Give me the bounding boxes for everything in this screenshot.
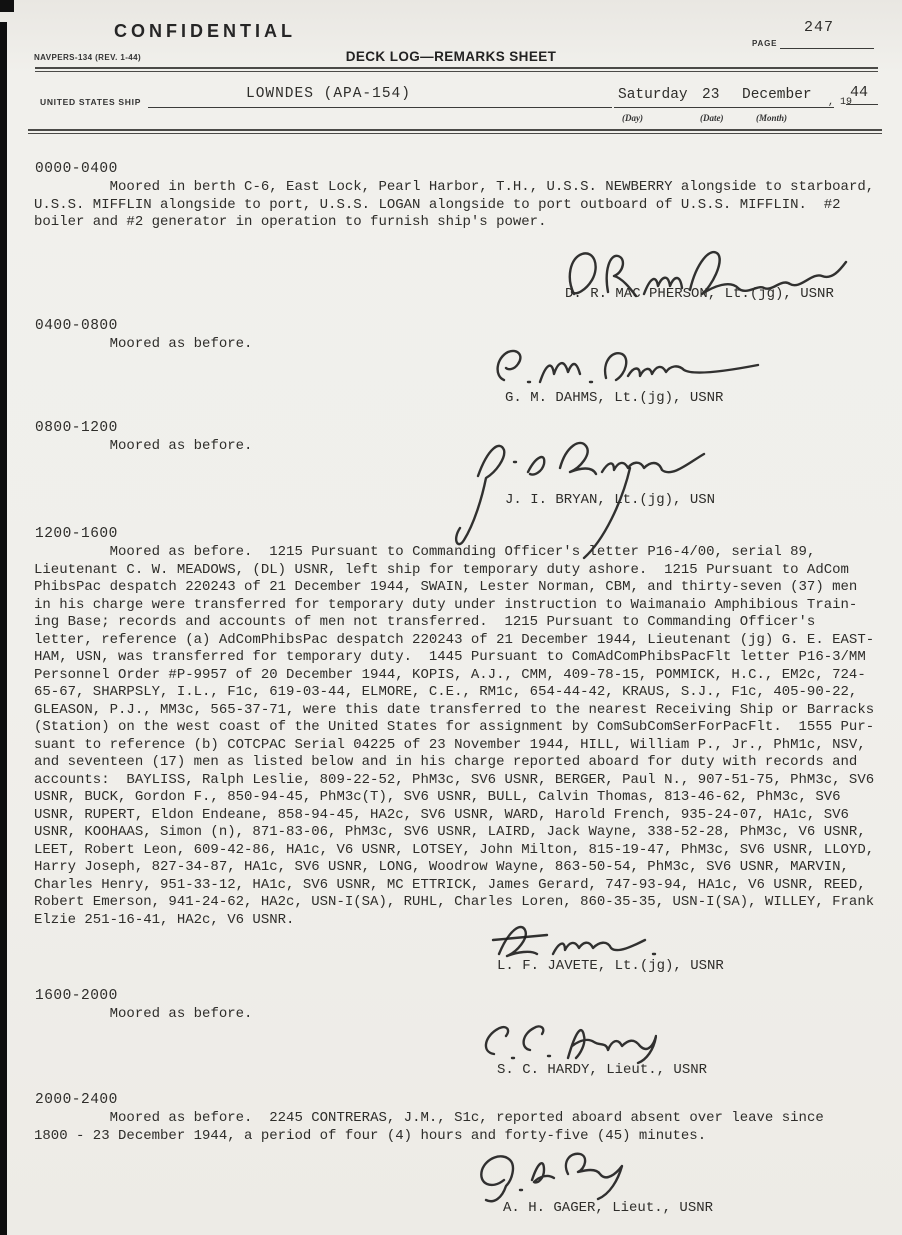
day-caption: (Day) <box>622 113 643 123</box>
signature-name-dahms: G. M. DAHMS, Lt.(jg), USNR <box>505 390 723 406</box>
watch-remarks: Moored as before. <box>34 438 896 456</box>
year-underline <box>846 104 878 105</box>
page-label: PAGE <box>752 39 777 48</box>
watch-remarks: Moored as before. 1215 Pursuant to Comma… <box>34 544 896 929</box>
deck-log-remarks-sheet: CONFIDENTIAL 247 PAGE NAVPERS-134 (REV. … <box>0 0 902 1235</box>
date-month-value: December <box>742 87 812 105</box>
watch-period-0000-0400: 0000-0400 <box>35 161 118 179</box>
watch-remarks: Moored in berth C-6, East Lock, Pearl Ha… <box>34 179 896 232</box>
scan-left-edge-artifact <box>0 22 7 1235</box>
ship-name-value: LOWNDES (APA-154) <box>246 86 411 104</box>
header-divider-rule <box>35 67 878 72</box>
watch-period-1200-1600: 1200-1600 <box>35 526 118 544</box>
signature-name-hardy: S. C. HARDY, Lieut., USNR <box>497 1062 707 1078</box>
watch-period-0400-0800: 0400-0800 <box>35 318 118 336</box>
watch-remarks: Moored as before. 2245 CONTRERAS, J.M., … <box>34 1110 896 1145</box>
signature-script-gager <box>468 1146 633 1208</box>
ship-name-label: UNITED STATES SHIP <box>40 97 141 107</box>
watch-remarks: Moored as before. <box>34 336 896 354</box>
signature-name-javete: L. F. JAVETE, Lt.(jg), USNR <box>497 958 724 974</box>
date-underline <box>614 107 834 108</box>
page-number: 247 <box>804 19 834 37</box>
signature-script-hardy <box>472 1016 657 1066</box>
scan-corner-artifact <box>0 0 14 12</box>
watch-period-2000-2400: 2000-2400 <box>35 1092 118 1110</box>
document-title: DECK LOG—REMARKS SHEET <box>0 49 902 64</box>
signature-name-mac-pherson: D. R. MAC PHERSON, Lt.(jg), USNR <box>565 286 834 302</box>
month-caption: (Month) <box>756 113 787 123</box>
signature-name-bryan: J. I. BRYAN, Lt.(jg), USN <box>505 492 715 508</box>
ship-name-underline <box>148 107 612 108</box>
date-date-value: 23 <box>702 87 719 105</box>
date-caption: (Date) <box>700 113 724 123</box>
year-prefix: , 19 <box>828 94 852 112</box>
date-day-value: Saturday <box>618 87 688 105</box>
signature-name-gager: A. H. GAGER, Lieut., USNR <box>503 1200 713 1216</box>
watch-remarks: Moored as before. <box>34 1006 896 1024</box>
watch-period-0800-1200: 0800-1200 <box>35 420 118 438</box>
classification-stamp: CONFIDENTIAL <box>114 21 296 42</box>
watch-period-1600-2000: 1600-2000 <box>35 988 118 1006</box>
year-value: 44 <box>850 84 868 102</box>
header-bottom-rule <box>28 129 882 134</box>
